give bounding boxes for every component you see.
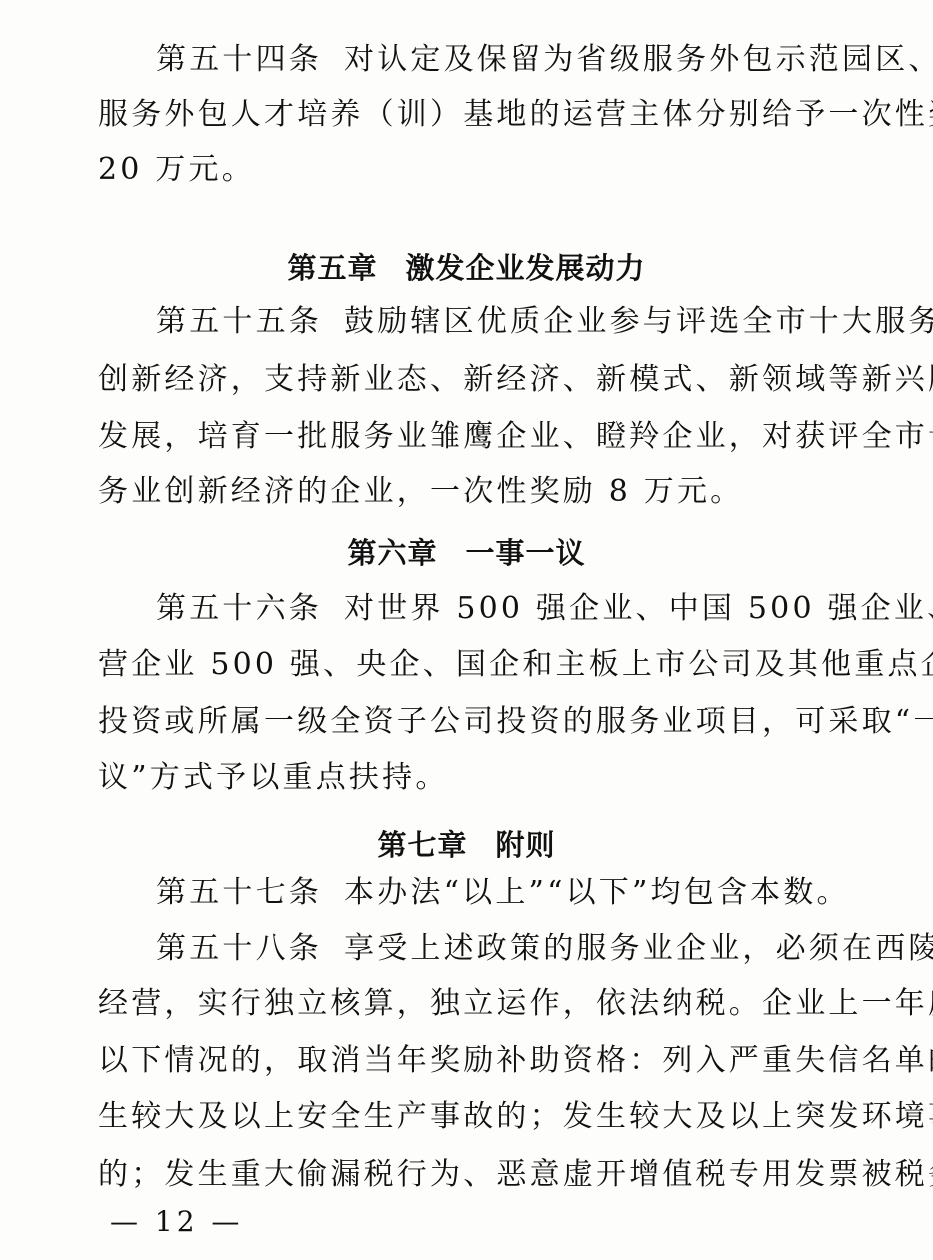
chapter-title: 一事一议 (466, 536, 586, 570)
article-58-line-3: 以下情况的，取消当年奖励补助资格：列入严重失信名单的；发 (98, 1041, 868, 1081)
article-number: 第五十四条 (156, 42, 322, 77)
chapter-number: 第七章 (377, 828, 467, 862)
article-54-line-1: 第五十四条对认定及保留为省级服务外包示范园区、省级 (156, 40, 868, 80)
article-55-line-1: 第五十五条鼓励辖区优质企业参与评选全市十大服务业 (156, 302, 868, 342)
article-56-line-2: 营企业 500 强、央企、国企和主板上市公司及其他重点企业直接 (98, 645, 868, 685)
chapter-number: 第五章 (287, 251, 377, 285)
article-58-line-1: 第五十八条享受上述政策的服务业企业，必须在西陵合法 (156, 929, 868, 969)
chapter-number: 第六章 (347, 536, 437, 570)
article-number: 第五十七条 (156, 875, 322, 910)
chapter-6-heading: 第六章一事一议 (0, 533, 933, 573)
article-58-line-5: 的；发生重大偷漏税行为、恶意虚开增值税专用发票被税务机关 (98, 1155, 868, 1195)
article-56-line-1: 第五十六条对世界 500 强企业、中国 500 强企业、中国民 (156, 589, 868, 629)
article-58-line-4: 生较大及以上安全生产事故的；发生较大及以上突发环境事件 (98, 1097, 868, 1137)
document-page: 第五十四条对认定及保留为省级服务外包示范园区、省级 服务外包人才培养（训）基地的… (0, 0, 933, 1260)
article-57-line-1: 第五十七条本办法“以上”“以下”均包含本数。 (156, 873, 868, 913)
article-54-line-3: 20 万元。 (98, 150, 868, 190)
article-55-line-2: 创新经济，支持新业态、新经济、新模式、新领域等新兴服务业 (98, 360, 868, 400)
chapter-5-heading: 第五章激发企业发展动力 (0, 248, 933, 288)
article-number: 第五十八条 (156, 931, 322, 966)
page-number: — 12 — (110, 1202, 243, 1242)
chapter-7-heading: 第七章附则 (0, 825, 933, 865)
article-number: 第五十六条 (156, 591, 322, 626)
article-58-line-2: 经营，实行独立核算，独立运作，依法纳税。企业上一年度发生 (98, 984, 868, 1024)
article-56-line-3: 投资或所属一级全资子公司投资的服务业项目，可采取“一事一 (98, 702, 868, 742)
article-54-line-2: 服务外包人才培养（训）基地的运营主体分别给予一次性奖励 (98, 95, 868, 135)
article-55-line-3: 发展，培育一批服务业雏鹰企业、瞪羚企业，对获评全市十大服 (98, 417, 868, 457)
article-number: 第五十五条 (156, 304, 322, 339)
chapter-title: 附则 (496, 828, 556, 862)
article-55-line-4: 务业创新经济的企业，一次性奖励 8 万元。 (98, 472, 868, 512)
article-56-line-4: 议”方式予以重点扶持。 (98, 758, 868, 798)
chapter-title: 激发企业发展动力 (406, 251, 646, 285)
